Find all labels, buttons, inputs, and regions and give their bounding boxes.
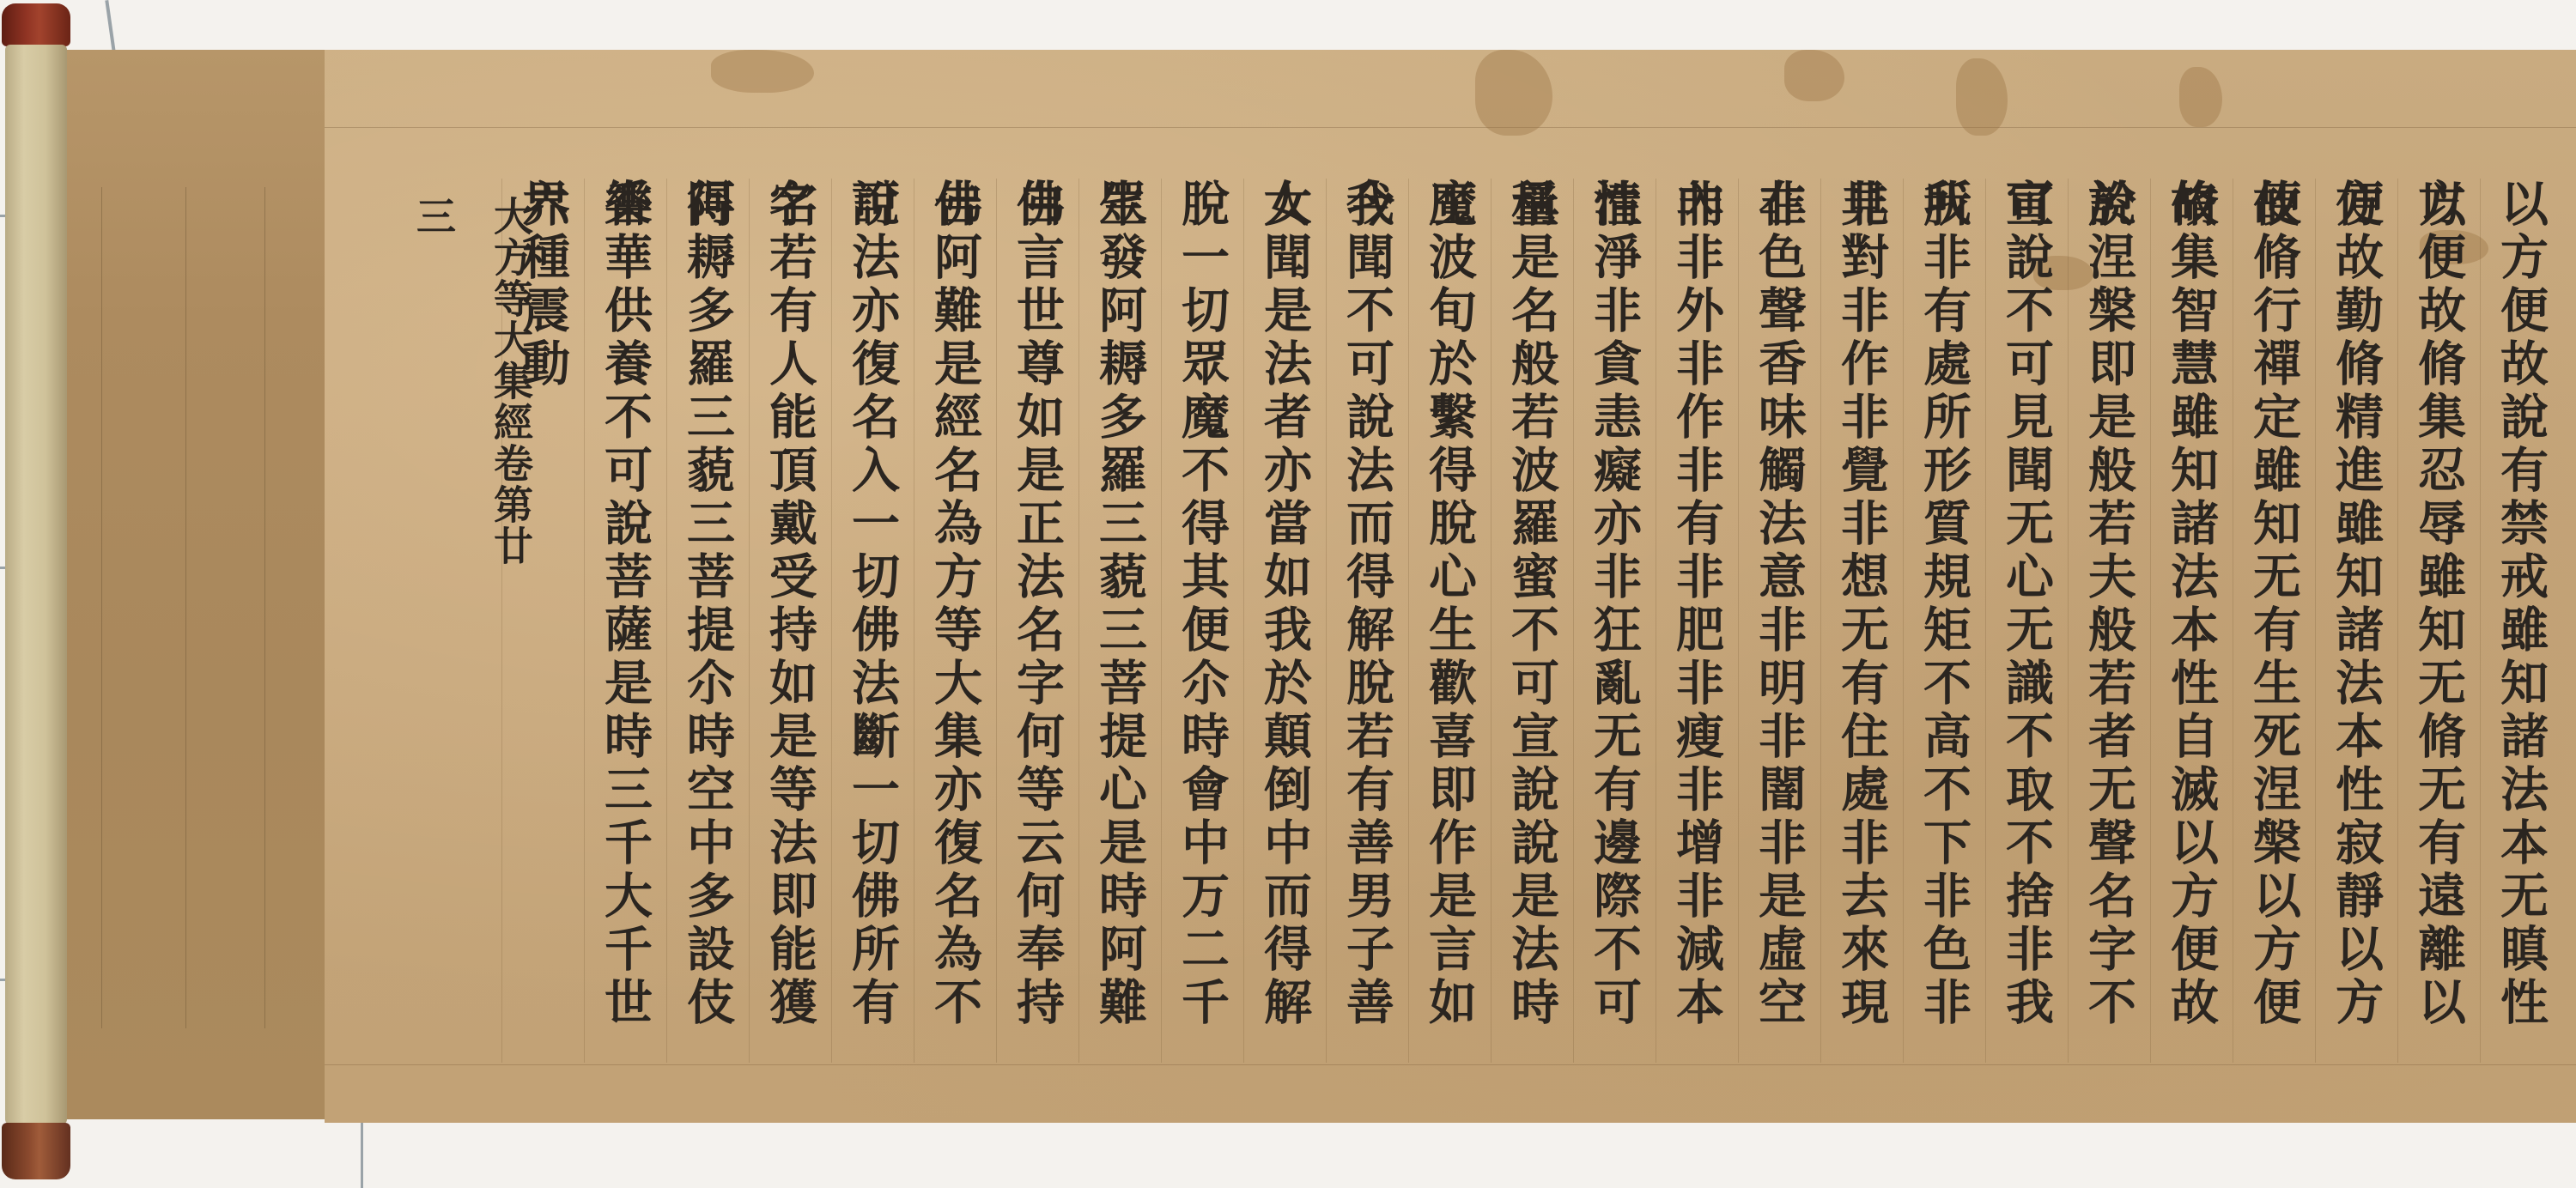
scroll-roller [5, 45, 67, 1124]
text-column: 非色聲香味觸法意非明非闇非是虛空非 [1738, 179, 1820, 1063]
top-ruled-line [325, 127, 2576, 128]
blank-end-panel [67, 50, 326, 1119]
text-column: 清淨非貪恚癡亦非狂亂无有邊際不可稱 [1573, 179, 1656, 1063]
text-column: 便故勤脩精進雖知諸法本性寂靜以方便 [2315, 179, 2397, 1063]
bottom-ruled-line [325, 1064, 2576, 1065]
text-column: 說法亦復名入一切佛法斷一切佛所有名 [831, 179, 914, 1063]
text-column: 字若有人能頂戴受持如是等法即能獲得 [749, 179, 831, 1063]
text-column: 所非有處所形質規矩不高不下非色非見 [1903, 179, 1985, 1063]
text-column: 於涅槃即是般若夫般若者无聲名字不可 [2068, 179, 2150, 1063]
ruled-line [185, 187, 186, 1028]
text-column: 宣說不可見聞无心无識不取不捨非我我 [1985, 179, 2068, 1063]
text-column: 人聞是法者亦當如我於顛倒中而得解 [1243, 179, 1326, 1063]
text-column: 今聞不可說法而得解脫若有善男子善女 [1326, 179, 1408, 1063]
roller-knob-bottom [2, 1123, 70, 1179]
text-column: 故脩行禪定雖知无有生死涅槃以方便故 [2233, 179, 2315, 1063]
text-column: 非對非作非覺非想无有住處非去來現在 [1820, 179, 1903, 1063]
text-column: 方便故脩集忍辱雖知无脩无有遠離以方 [2397, 179, 2480, 1063]
text-column: 香華供養不可說菩薩是時三千大千世界 [584, 179, 666, 1063]
text-column: 王波旬於繫得脫心生歡喜即作是言如我 [1408, 179, 1491, 1063]
sutra-paper: 大方等大集經卷第廿三 以方便故說有禁戒雖知諸法本无瞋性以 方便故脩集忍辱雖知无脩… [325, 50, 2576, 1123]
text-column: 佛言世尊如是正法名字何等云何奉持佛 [996, 179, 1078, 1063]
water-stain [2179, 67, 2222, 127]
text-column: 脩集智慧雖知諸法本性自滅以方便故說 [2150, 179, 2233, 1063]
water-stain [711, 50, 814, 93]
water-stain [1475, 50, 1552, 136]
roller-knob-top [2, 3, 70, 46]
text-column: 生發阿耨多羅三藐三菩提心是時阿難白 [1078, 179, 1161, 1063]
text-column: 以方便故說有禁戒雖知諸法本无瞋性以 [2480, 179, 2562, 1063]
text-column: 內非外非作非有非肥非瘦非增非減本性 [1656, 179, 1738, 1063]
mounting-pin [361, 1120, 363, 1188]
water-stain [1784, 50, 1844, 101]
handscroll: 大方等大集經卷第廿三 以方便故說有禁戒雖知諸法本无瞋性以 方便故脩集忍辱雖知无脩… [0, 0, 2576, 1188]
text-column: 量是名般若波羅蜜不可宣說說是法時魔 [1491, 179, 1573, 1063]
ruled-line [101, 187, 102, 1028]
text-column: 六種震動 [501, 179, 584, 1063]
water-stain [1956, 58, 2008, 136]
ruled-line [264, 187, 265, 1028]
text-columns: 以方便故說有禁戒雖知諸法本无瞋性以 方便故脩集忍辱雖知无脩无有遠離以方 便故勤脩… [501, 179, 2562, 1063]
text-column: 脫一切眾魔不得其便尒時會中万二千眾 [1161, 179, 1243, 1063]
text-column: 阿耨多羅三藐三菩提尒時空中多設伎樂 [666, 179, 749, 1063]
text-column: 告阿難是經名為方等大集亦復名為不可 [914, 179, 996, 1063]
